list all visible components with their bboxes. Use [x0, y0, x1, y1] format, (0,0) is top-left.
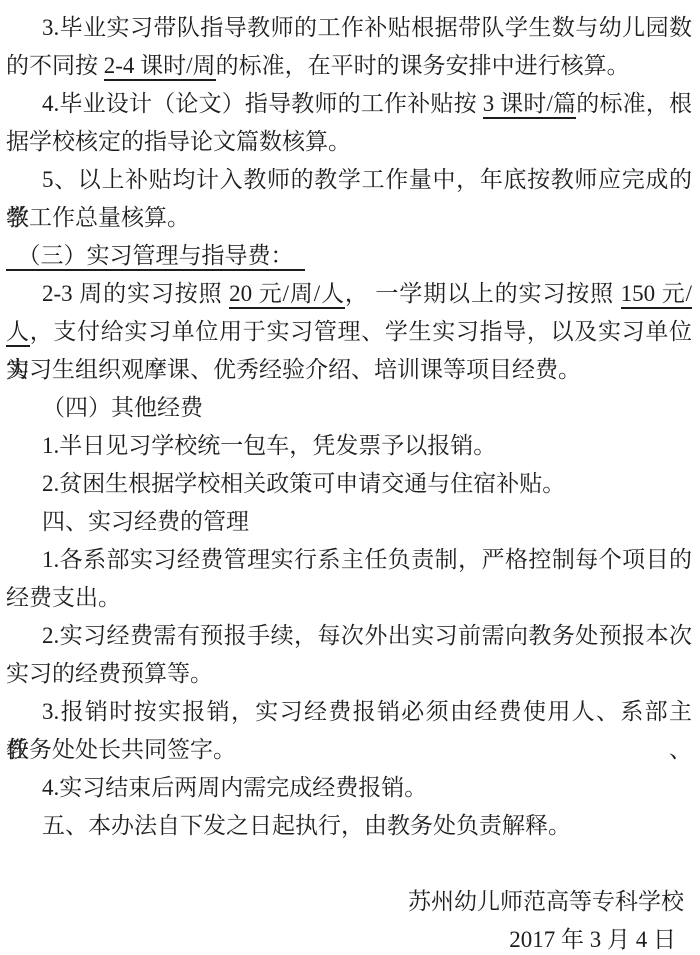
heading-section-3-management-fee: （三）实习管理与指导费：	[6, 237, 692, 275]
text-run: 的标准，在平时的课务安排中进行核算。	[216, 53, 630, 78]
para-fee-rates-line2: 人，支付给实习单位用于实习管理、学生实习指导，以及实习单位为	[6, 313, 692, 351]
underlined-text-run: 2-4 课时/周	[104, 53, 216, 81]
text-run: 1.各系部实习经费管理实行系主任负责制，严格控制每个项目的	[42, 547, 692, 572]
text-run: 实习生组织观摩课、优秀经验介绍、培训课等项目经费。	[6, 357, 581, 382]
text-run: 2.贫困生根据学校相关政策可申请交通与住宿补贴。	[42, 471, 565, 496]
underlined-text-run: 20 元/周/人	[229, 281, 345, 309]
document-body: 3.毕业实习带队指导教师的工作补贴根据带队学生数与幼儿园数的不同按 2-4 课时…	[6, 9, 692, 955]
text-run: 的标准，根	[576, 91, 692, 116]
para-mgmt-2-line2: 实习的经费预算等。	[6, 655, 692, 693]
para-mgmt-3-line1: 3.报销时按实报销，实习经费报销必须由经费使用人、系部主任、	[6, 693, 692, 731]
para-mgmt-4: 4.实习结束后两周内需完成经费报销。	[6, 769, 692, 807]
text-run: 四、实习经费的管理	[42, 509, 249, 534]
heading-section-4-other-funds: （四）其他经费	[6, 389, 692, 427]
heading-chapter-5-effective: 五、本办法自下发之日起执行，由教务处负责解释。	[6, 807, 692, 845]
heading-chapter-4-fund-management: 四、实习经费的管理	[6, 503, 692, 541]
underlined-text-run: 3 课时/篇	[483, 91, 577, 119]
para-mgmt-2-line1: 2.实习经费需有预报手续，每次外出实习前需向教务处预报本次	[6, 617, 692, 655]
document-page: 3.毕业实习带队指导教师的工作补贴根据带队学生数与幼儿园数的不同按 2-4 课时…	[0, 0, 700, 955]
text-run: 教务处处长共同签字。	[6, 737, 236, 762]
para-other-2: 2.贫困生根据学校相关政策可申请交通与住宿补贴。	[6, 465, 692, 503]
text-run: 学工作总量核算。	[6, 205, 190, 230]
text-run: 五、本办法自下发之日起执行，由教务处负责解释。	[42, 813, 571, 838]
para-mgmt-1-line2: 经费支出。	[6, 579, 692, 617]
text-run: 2017 年 3 月 4 日	[509, 927, 676, 952]
text-run: 2-3 周的实习按照	[42, 281, 229, 306]
para-fee-rates-line1: 2-3 周的实习按照 20 元/周/人， 一学期以上的实习按照 150 元/	[6, 275, 692, 313]
para-other-1: 1.半日见习学校统一包车，凭发票予以报销。	[6, 427, 692, 465]
text-run: 经费支出。	[6, 585, 121, 610]
text-run: 的不同按	[6, 53, 104, 78]
para-mgmt-1-line1: 1.各系部实习经费管理实行系主任负责制，严格控制每个项目的	[6, 541, 692, 579]
para-workload-5-line1: 5、以上补贴均计入教师的教学工作量中，年底按教师应完成的教	[6, 161, 692, 199]
para-teacher-subsidy-3-line1: 3.毕业实习带队指导教师的工作补贴根据带队学生数与幼儿园数	[6, 9, 692, 47]
text-run: 苏州幼儿师范高等专科学校	[408, 889, 684, 914]
text-run: 实习的经费预算等。	[6, 661, 213, 686]
para-thesis-subsidy-4-line1: 4.毕业设计（论文）指导教师的工作补贴按 3 课时/篇的标准，根	[6, 85, 692, 123]
text-run: 3.毕业实习带队指导教师的工作补贴根据带队学生数与幼儿园数	[42, 15, 692, 40]
text-run: 2.实习经费需有预报手续，每次外出实习前需向教务处预报本次	[42, 623, 692, 648]
signature-date-line: 2017 年 3 月 4 日	[6, 921, 692, 955]
signature-org-line: 苏州幼儿师范高等专科学校	[6, 883, 692, 921]
underlined-text-run: 人	[6, 319, 30, 347]
para-fee-rates-line3: 实习生组织观摩课、优秀经验介绍、培训课等项目经费。	[6, 351, 692, 389]
para-thesis-subsidy-4-line2: 据学校核定的指导论文篇数核算。	[6, 123, 692, 161]
text-run: 1.半日见习学校统一包车，凭发票予以报销。	[42, 433, 496, 458]
text-run: 据学校核定的指导论文篇数核算。	[6, 129, 351, 154]
para-teacher-subsidy-3-line2: 的不同按 2-4 课时/周的标准，在平时的课务安排中进行核算。	[6, 47, 692, 85]
text-run: （四）其他经费	[42, 395, 203, 420]
text-run: 4.实习结束后两周内需完成经费报销。	[42, 775, 427, 800]
text-run: 4.毕业设计（论文）指导教师的工作补贴按	[42, 91, 483, 116]
para-workload-5-line2: 学工作总量核算。	[6, 199, 692, 237]
blank-line	[6, 845, 692, 883]
underlined-text-run: （三）实习管理与指导费：	[6, 243, 305, 271]
text-run: ， 一学期以上的实习按照	[345, 281, 621, 306]
underlined-text-run: 150 元/	[621, 281, 692, 309]
